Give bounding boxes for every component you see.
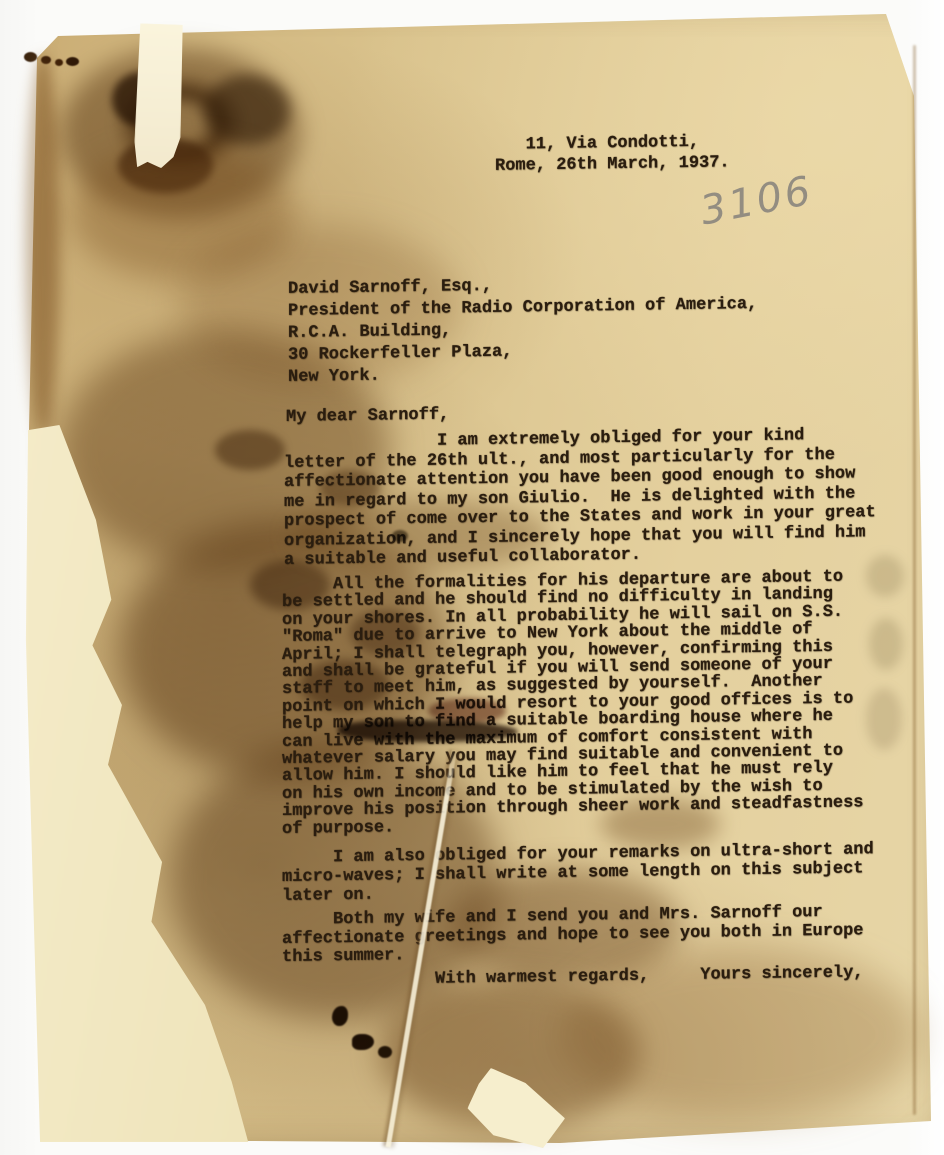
ink-smear-obliterated-words <box>338 720 518 742</box>
scanned-letter-page: 11, Via Condotti, Rome, 26th March, 1937… <box>0 0 944 1155</box>
ink-smear-suitable <box>428 698 506 724</box>
ink-smear-small <box>392 530 408 542</box>
